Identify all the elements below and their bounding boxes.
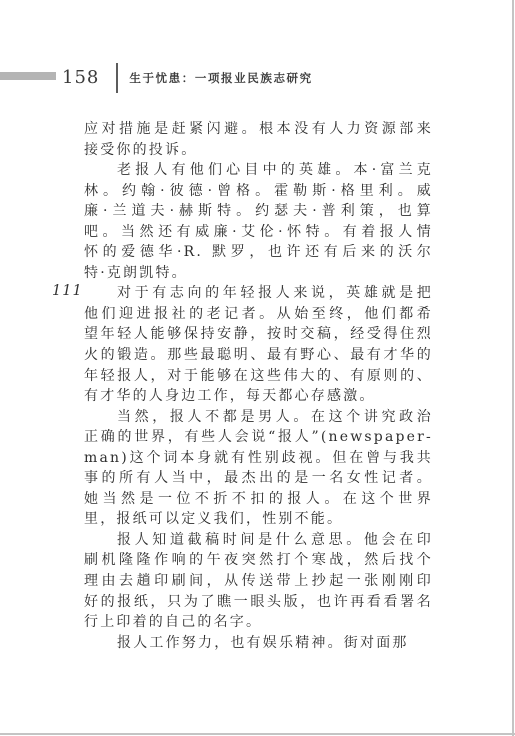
body-line: 好的报纸，只为了瞧一眼头版，也许再看看署名: [84, 592, 433, 613]
header-divider: [116, 63, 118, 93]
body-line: 望年轻人能够保持安静，按时交稿，经受得住烈: [84, 324, 433, 345]
body-line: 老报人有他们心目中的英雄。本·富兰克: [84, 160, 433, 181]
body-line: 理由去趟印刷间，从传送带上抄起一张刚刚印: [84, 571, 433, 592]
body-line: 报人知道截稿时间是什么意思。他会在印: [84, 530, 433, 551]
body-line: 里，报纸可以定义我们，性别不能。: [84, 509, 433, 530]
body-line: 行上印着的自己的名字。: [84, 612, 433, 633]
body-line: 特·克朗凯特。: [84, 263, 433, 284]
body-line: 应对措施是赶紧闪避。根本没有人力资源部来: [84, 119, 433, 140]
book-page: 158 生于忧患：一项报业民族志研究 111 应对措施是赶紧闪避。根本没有人力资…: [0, 0, 515, 736]
body-line: 事的所有人当中，最杰出的是一名女性记者。: [84, 468, 433, 489]
running-title: 生于忧患：一项报业民族志研究: [129, 62, 312, 94]
body-line: 报人工作努力，也有娱乐精神。街对面那: [84, 633, 433, 654]
body-line: 火的锻造。那些最聪明、最有野心、最有才华的: [84, 345, 433, 366]
page-number: 158: [62, 62, 99, 94]
margin-folio-number: 111: [52, 283, 83, 299]
body-line: 她当然是一位不折不扣的报人。在这个世界: [84, 489, 433, 510]
body-line: 林。约翰·彼德·曾格。霍勒斯·格里利。威: [84, 181, 433, 202]
body-line: 吧。当然还有威廉·艾伦·怀特。有着报人情: [84, 222, 433, 243]
body-text: 应对措施是赶紧闪避。根本没有人力资源部来接受你的投诉。老报人有他们心目中的英雄。…: [84, 119, 433, 653]
body-line: man)这个词本身就有性别歧视。但在曾与我共: [84, 448, 433, 469]
scan-edge-bottom: [0, 733, 515, 735]
body-line: 廉·兰道夫·赫斯特。约瑟夫·普利策，也算: [84, 201, 433, 222]
margin-marker-bar: [0, 72, 56, 80]
body-line: 怀的爱德华·R. 默罗，也许还有后来的沃尔: [84, 242, 433, 263]
scan-edge-right: [512, 0, 514, 736]
body-line: 年轻报人，对于能够在这些伟大的、有原则的、: [84, 366, 433, 387]
body-line: 接受你的投诉。: [84, 140, 433, 161]
page-header: 158 生于忧患：一项报业民族志研究: [62, 62, 313, 94]
body-line: 当然，报人不都是男人。在这个讲究政治: [84, 407, 433, 428]
body-line: 刷机隆隆作响的午夜突然打个寒战，然后找个: [84, 550, 433, 571]
body-line: 有才华的人身边工作，每天都心存感激。: [84, 386, 433, 407]
body-line: 他们迎进报社的老记者。从始至终，他们都希: [84, 304, 433, 325]
body-line: 对于有志向的年轻报人来说，英雄就是把: [84, 283, 433, 304]
body-line: 正确的世界，有些人会说“报人”(newspaper-: [84, 427, 433, 448]
